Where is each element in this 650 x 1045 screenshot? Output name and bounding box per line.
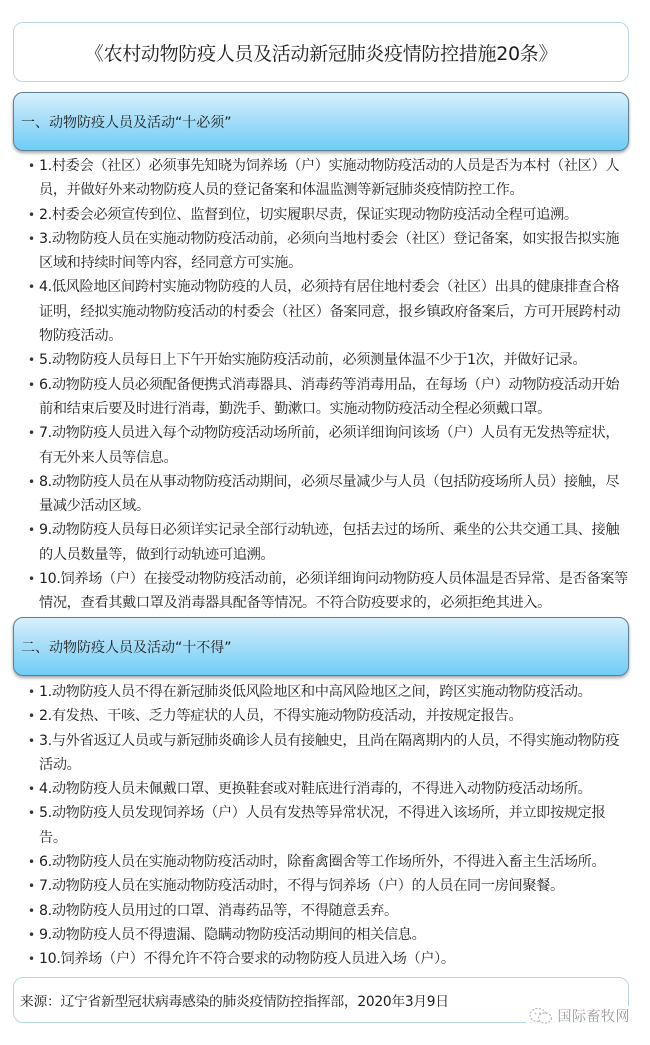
list-item: •4.动物防疫人员未佩戴口罩、更换鞋套或对鞋底进行消毒的，不得进入动物防疫活动场…: [28, 777, 628, 801]
section-header-must-not: 二、动物防疫人员及活动“十不得”: [13, 617, 629, 676]
list-item: •10.饲养场（户）不得允许不符合要求的动物防疫人员进入场（户）。: [28, 947, 628, 971]
bullet-icon: •: [28, 777, 35, 801]
must-list: •1.村委会（社区）必须事先知晓为饲养场（户）实施动物防疫活动的人员是否为本村（…: [28, 154, 628, 616]
list-item: •9.动物防疫人员每日必须详实记录全部行动轨迹，包括去过的场所、乘坐的公共交通工…: [28, 518, 628, 567]
bullet-icon: •: [28, 518, 35, 542]
list-item: •8.动物防疫人员在从事动物防疫活动期间，必须尽量减少与人员（包括防疫场所人员）…: [28, 470, 628, 519]
list-item: •2.村委会必须宣传到位、监督到位，切实履职尽责，保证实现动物防疫活动全程可追溯…: [28, 203, 628, 227]
section-heading: 一、动物防疫人员及活动“十必须”: [21, 112, 232, 132]
list-item: •3.与外省返辽人员或与新冠肺炎确诊人员有接触史，且尚在隔离期内的人员，不得实施…: [28, 729, 628, 778]
bullet-icon: •: [28, 947, 35, 971]
bullet-icon: •: [28, 899, 35, 923]
bullet-icon: •: [28, 704, 35, 728]
bullet-icon: •: [28, 227, 35, 251]
bullet-icon: •: [28, 421, 35, 445]
list-item: •7.动物防疫人员在实施动物防疫活动时，不得与饲养场（户）的人员在同一房间聚餐。: [28, 874, 628, 898]
bullet-icon: •: [28, 850, 35, 874]
bullet-icon: •: [28, 470, 35, 494]
list-item: •10.饲养场（户）在接受动物防疫活动前，必须详细询问动物防疫人员体温是否异常、…: [28, 567, 628, 616]
bullet-icon: •: [28, 348, 35, 372]
bullet-icon: •: [28, 567, 35, 591]
bullet-icon: •: [28, 801, 35, 825]
list-item: •9.动物防疫人员不得遗漏、隐瞒动物防疫活动期间的相关信息。: [28, 923, 628, 947]
list-item: •8.动物防疫人员用过的口罩、消毒药品等，不得随意丢弃。: [28, 899, 628, 923]
must-not-list: •1.动物防疫人员不得在新冠肺炎低风险地区和中高风险地区之间，跨区实施动物防疫活…: [28, 680, 628, 972]
list-item: •7.动物防疫人员进入每个动物防疫活动场所前，必须详细询问该场（户）人员有无发热…: [28, 421, 628, 470]
wechat-icon: [528, 1007, 554, 1025]
bullet-icon: •: [28, 275, 35, 299]
list-item: •2.有发热、干咳、乏力等症状的人员，不得实施动物防疫活动，并按规定报告。: [28, 704, 628, 728]
section-heading: 二、动物防疫人员及活动“十不得”: [21, 637, 232, 657]
list-item: •6.动物防疫人员在实施动物防疫活动时，除畜禽圈舍等工作场所外，不得进入畜主生活…: [28, 850, 628, 874]
bullet-icon: •: [28, 373, 35, 397]
document-title: 《农村动物防疫人员及活动新冠肺炎疫情防控措施20条》: [85, 39, 557, 66]
bullet-icon: •: [28, 729, 35, 753]
section-header-must: 一、动物防疫人员及活动“十必须”: [13, 92, 629, 151]
document-title-box: 《农村动物防疫人员及活动新冠肺炎疫情防控措施20条》: [13, 22, 629, 82]
list-item: •5.动物防疫人员每日上下午开始实施防疫活动前，必须测量体温不少于1次，并做好记…: [28, 348, 628, 372]
bullet-icon: •: [28, 874, 35, 898]
list-item: •1.村委会（社区）必须事先知晓为饲养场（户）实施动物防疫活动的人员是否为本村（…: [28, 154, 628, 203]
list-item: •1.动物防疫人员不得在新冠肺炎低风险地区和中高风险地区之间，跨区实施动物防疫活…: [28, 680, 628, 704]
watermark: 国际畜牧网: [526, 1006, 633, 1026]
bullet-icon: •: [28, 203, 35, 227]
watermark-text: 国际畜牧网: [558, 1006, 631, 1026]
list-item: •3.动物防疫人员在实施动物防疫活动前，必须向当地村委会（社区）登记备案，如实报…: [28, 227, 628, 276]
bullet-icon: •: [28, 154, 35, 178]
bullet-icon: •: [28, 923, 35, 947]
bullet-icon: •: [28, 680, 35, 704]
list-item: •5.动物防疫人员发现饲养场（户）人员有发热等异常状况，不得进入该场所，并立即按…: [28, 801, 628, 850]
list-item: •6.动物防疫人员必须配备便携式消毒器具、消毒药等消毒用品，在每场（户）动物防疫…: [28, 373, 628, 422]
source-citation: 来源：辽宁省新型冠状病毒感染的肺炎疫情防控指挥部，2020年3月9日: [20, 990, 449, 1010]
list-item: •4.低风险地区间跨村实施动物防疫的人员，必须持有居住地村委会（社区）出具的健康…: [28, 275, 628, 348]
